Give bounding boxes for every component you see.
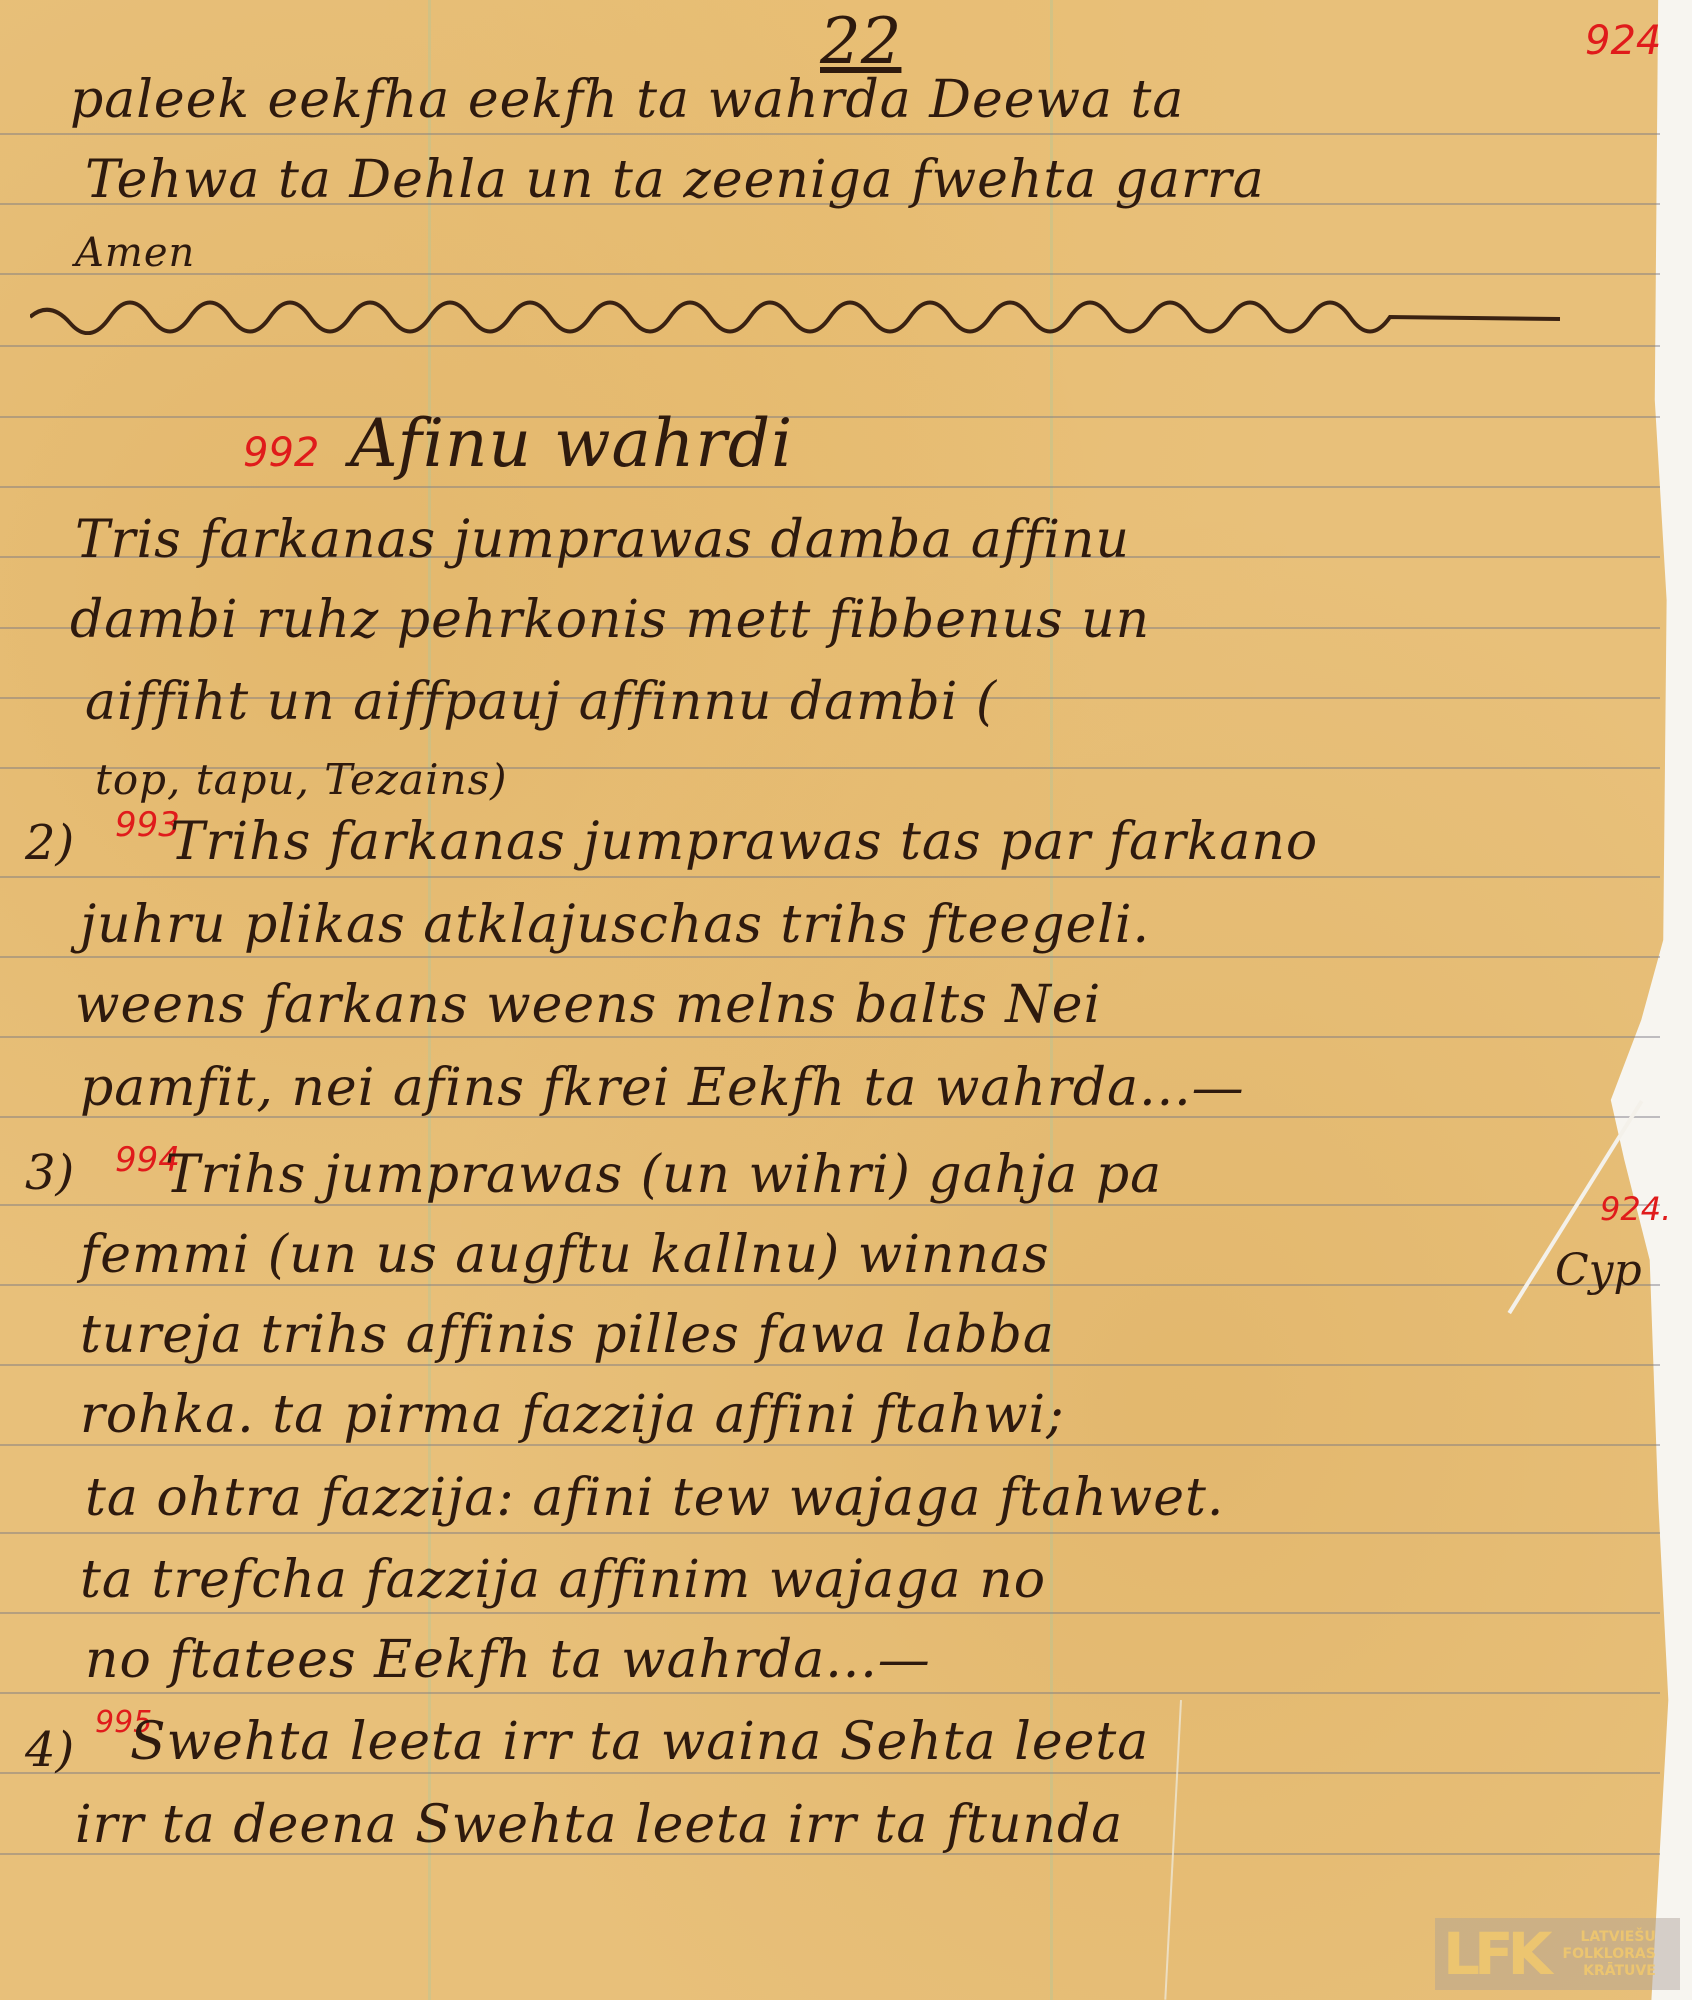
- ruled-line: [0, 133, 1660, 135]
- ruled-line: [0, 1036, 1660, 1038]
- text-line: rohka. ta pirma fazzija affini ftahwi;: [80, 1385, 1065, 1445]
- watermark-text: LATVIEŠU FOLKLORAS KRĀTUVE: [1563, 1929, 1656, 1980]
- watermark-line: FOLKLORAS: [1563, 1946, 1656, 1963]
- archive-watermark: LFK LATVIEŠU FOLKLORAS KRĀTUVE: [1435, 1918, 1680, 1990]
- ruled-line: [0, 1612, 1660, 1614]
- text-line: Swehta leeta irr ta waina Sehta leeta: [130, 1712, 1149, 1772]
- text-line: femmi (un us augftu kallnu) winnas: [80, 1225, 1050, 1285]
- ruled-line: [0, 956, 1660, 958]
- text-line: Trihs farkanas jumprawas tas par farkano: [170, 812, 1318, 872]
- ruled-line: [0, 1692, 1660, 1694]
- section-number: 992: [243, 430, 319, 476]
- text-line: aiffiht un aiffpauj affinnu dambi (: [85, 672, 997, 732]
- ruled-line: [0, 1772, 1660, 1774]
- ruled-line: [0, 273, 1660, 275]
- text-line: ta ohtra fazzija: afini tew wajaga ftahw…: [85, 1468, 1224, 1528]
- entry-enum: 4): [25, 1722, 74, 1778]
- text-line: weens farkans weens melns balts Nei: [75, 975, 1101, 1035]
- ruled-line: [0, 486, 1660, 488]
- margin-note: Cyp: [1555, 1245, 1625, 1305]
- archive-number-margin: 924.: [1600, 1190, 1671, 1228]
- section-title: Afinu wahrdi: [350, 405, 793, 482]
- text-line: pamfit, nei afins fkrei Eekfh ta wahrda.…: [80, 1058, 1245, 1118]
- watermark-line: LATVIEŠU: [1563, 1929, 1656, 1946]
- entry-enum: 3): [25, 1145, 74, 1201]
- watermark-line: KRĀTUVE: [1563, 1963, 1656, 1980]
- text-line: dambi ruhz pehrkonis mett fibbenus un: [70, 590, 1150, 650]
- text-line: irr ta deena Swehta leeta irr ta ftunda: [75, 1795, 1123, 1855]
- text-line: tureja trihs affinis pilles fawa labba: [80, 1305, 1055, 1365]
- text-line: ta trefcha fazzija affinim wajaga no: [80, 1550, 1046, 1610]
- text-line: Tehwa ta Dehla un ta zeeniga fwehta garr…: [85, 150, 1265, 210]
- closing-squiggle: [30, 295, 1580, 335]
- text-line-amen: Amen: [75, 230, 195, 276]
- entry-enum: 2): [25, 815, 74, 871]
- ruled-line: [0, 345, 1660, 347]
- text-line: top, tapu, Tezains): [95, 755, 508, 804]
- ruled-line: [0, 416, 1660, 418]
- text-line: no ftatees Eekfh ta wahrda...—: [85, 1630, 931, 1690]
- lfk-logo-icon: LFK: [1443, 1920, 1547, 1988]
- text-line: Tris farkanas jumprawas damba affinu: [75, 510, 1130, 570]
- ruled-line: [0, 1532, 1660, 1534]
- archive-number-top: 924: [1585, 18, 1661, 64]
- page-number: 22: [820, 5, 901, 79]
- ruled-line: [0, 876, 1660, 878]
- text-line: juhru plikas atklajuschas trihs fteegeli…: [80, 895, 1150, 955]
- text-line: paleek eekfha eekfh ta wahrda Deewa ta: [70, 70, 1184, 130]
- text-line: Trihs jumprawas (un wihri) gahja pa: [165, 1145, 1162, 1205]
